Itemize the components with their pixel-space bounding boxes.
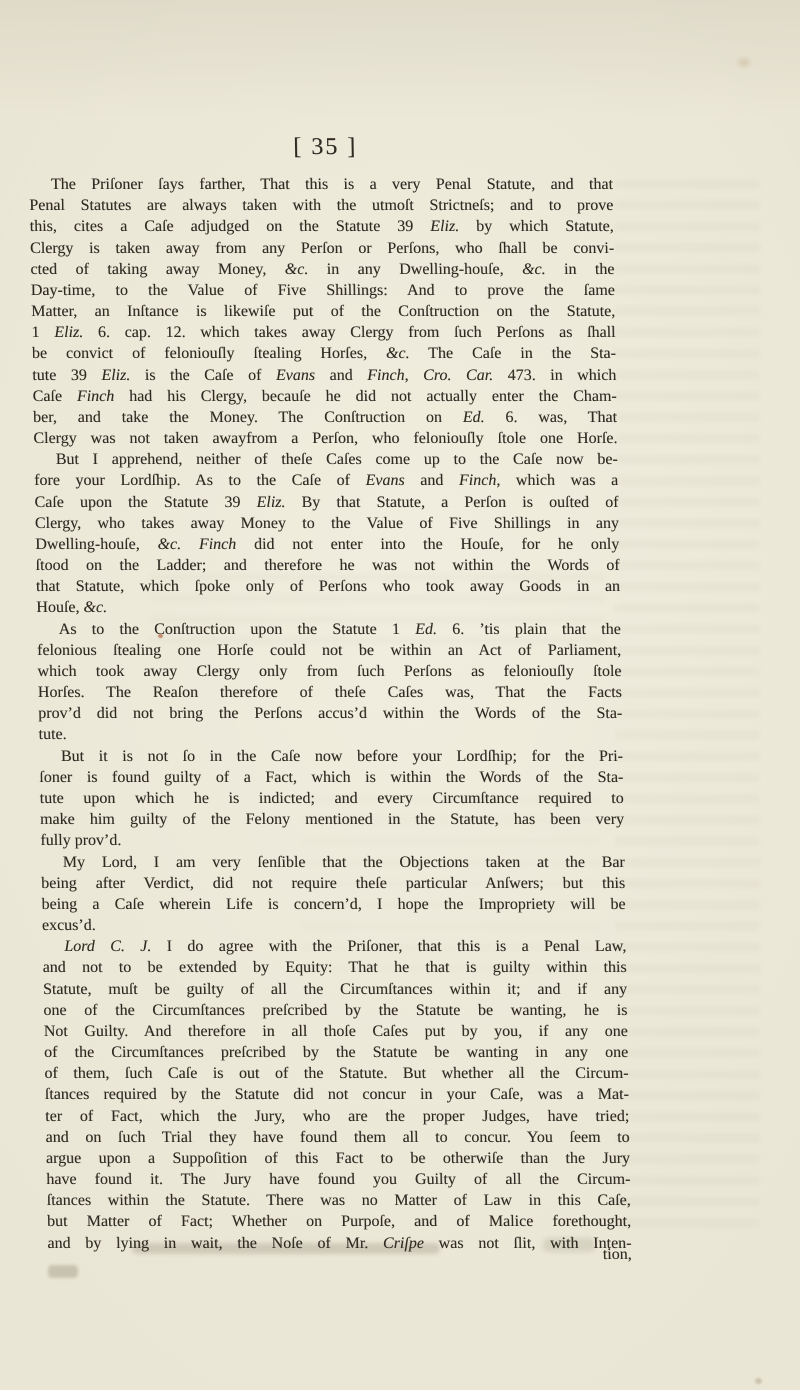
roman-text: but Matter of Fact; Whether on Purpoſe, … — [47, 1213, 631, 1230]
text-line: Lord C. J. I do agree with the Priſoner,… — [42, 936, 626, 957]
text-line: Houſe, &c. — [36, 597, 620, 618]
roman-text: But I apprehend, neither of theſe Caſes … — [56, 451, 618, 468]
roman-text: ſtances required by the Statute did not … — [45, 1086, 629, 1103]
italic-text: Lord C. J. — [64, 938, 151, 955]
roman-text: had his Clergy, becauſe he did not actua… — [114, 388, 617, 405]
roman-text: and — [404, 472, 459, 489]
roman-text: The Caſe in the Sta- — [409, 345, 616, 362]
roman-text: be convict of feloniouſly ſtealing Horſe… — [32, 345, 386, 362]
roman-text: of the Circumſtances preſcribed by the S… — [44, 1044, 628, 1061]
text-line: ter of Fact, which the Jury, who are the… — [45, 1106, 629, 1127]
roman-text: tute upon which he is indicted; and ever… — [40, 790, 624, 807]
text-line: but Matter of Fact; Whether on Purpoſe, … — [47, 1211, 631, 1232]
catchword: tion, — [47, 1246, 631, 1264]
italic-text: Eliz. — [430, 218, 459, 235]
text-line: The Priſoner ſays farther, That this is … — [29, 174, 613, 195]
text-line: of the Circumſtances preſcribed by the S… — [44, 1042, 628, 1063]
italic-text: Ed. — [415, 621, 437, 638]
italic-text: Eliz. — [101, 367, 130, 384]
text-line: ſtances within the Statute. There was no… — [47, 1190, 631, 1211]
roman-text: and — [315, 367, 367, 384]
text-line: Not Guilty. And therefore in all thoſe C… — [44, 1021, 628, 1042]
text-line: ber, and take the Money. The Conſtructio… — [33, 407, 617, 428]
italic-text: Finch — [367, 367, 405, 384]
roman-text: As to the Conſtruction upon the Statute … — [59, 621, 416, 638]
roman-text: Statute, muſt be guilty of all the Circu… — [43, 981, 627, 998]
italic-text: Evans — [365, 472, 404, 489]
italic-text: &c. — [386, 345, 410, 362]
roman-text: Caſe upon the Statute 39 — [34, 494, 256, 511]
roman-text: in the — [545, 261, 614, 278]
text-line: But it is not ſo in the Caſe now before … — [39, 746, 623, 767]
text-line: which took away Clergy only from ſuch Pe… — [37, 661, 621, 682]
roman-text: of them, ſuch Caſe is out of the Statute… — [44, 1065, 628, 1082]
text-line: But I apprehend, neither of theſe Caſes … — [34, 449, 618, 470]
roman-text: felonious ſtealing one Horſe could not b… — [37, 642, 621, 659]
text-line: 1 Eliz. 6. cap. 12. which takes away Cle… — [31, 322, 615, 343]
roman-text: Not Guilty. And therefore in all thoſe C… — [44, 1023, 628, 1040]
foxing-spot — [738, 58, 750, 67]
text-line: Clergy was not taken awayfrom a Perſon, … — [33, 428, 617, 449]
text-line: be convict of feloniouſly ſtealing Horſe… — [32, 343, 616, 364]
italic-text: Eliz. — [54, 324, 83, 341]
text-line: Day-time, to the Value of Five Shillings… — [31, 280, 615, 301]
roman-text: one of the Circumſtances preſcribed by t… — [43, 1002, 627, 1019]
scanned-book-page: [ 35 ] The Priſoner ſays farther, That t… — [0, 0, 800, 1390]
roman-text — [181, 536, 199, 553]
text-line: being after Verdict, did not require the… — [41, 873, 625, 894]
text-line: Dwelling-houſe, &c. Finch did not enter … — [35, 534, 619, 555]
text-line: prov’d did not bring the Perſons accus’d… — [38, 703, 622, 724]
text-line: Caſe upon the Statute 39 Eliz. By that S… — [34, 492, 618, 513]
roman-text: fully prov’d. — [40, 832, 121, 849]
roman-text: and not to be extended by Equity: That h… — [42, 959, 626, 976]
roman-text: by which Statute, — [459, 218, 614, 235]
text-line: tute upon which he is indicted; and ever… — [39, 788, 623, 809]
roman-text: which took away Clergy only from ſuch Pe… — [37, 663, 621, 680]
roman-text: make him guilty of the Felony mentioned … — [40, 811, 624, 828]
roman-text: Caſe — [32, 388, 77, 405]
italic-text: &c. — [522, 261, 546, 278]
text-line: Statute, muſt be guilty of all the Circu… — [43, 979, 627, 1000]
text-line: argue upon a Suppoſition of this Fact to… — [46, 1148, 630, 1169]
roman-text: is the Caſe of — [130, 367, 276, 384]
text-block: The Priſoner ſays farther, That this is … — [29, 174, 632, 1254]
italic-text: &c. — [83, 599, 107, 616]
text-line: fully prov’d. — [40, 830, 624, 851]
italic-text: Finch — [77, 388, 115, 405]
roman-text: Dwelling-houſe, — [35, 536, 158, 553]
roman-text: 1 — [31, 324, 54, 341]
italic-text: Finch — [459, 472, 497, 489]
text-line: have found it. The Jury have found you G… — [46, 1169, 630, 1190]
text-line: that Statute, which ſpoke only of Perſon… — [36, 576, 620, 597]
roman-text: 473. in which — [493, 367, 616, 384]
roman-text: have found it. The Jury have found you G… — [46, 1171, 630, 1188]
text-line: felonious ſtealing one Horſe could not b… — [37, 640, 621, 661]
roman-text: argue upon a Suppoſition of this Fact to… — [46, 1150, 630, 1167]
roman-text: , which was a — [496, 472, 618, 489]
roman-text: tute 39 — [32, 367, 101, 384]
roman-text: The Priſoner ſays farther, That this is … — [51, 176, 613, 193]
foxing-spot — [755, 1378, 762, 1384]
text-line: Caſe Finch had his Clergy, becauſe he di… — [32, 386, 616, 407]
roman-text: cted of taking away Money, — [30, 261, 285, 278]
text-line: ſtances required by the Statute did not … — [45, 1084, 629, 1105]
text-line: fore your Lordſhip. As to the Caſe of Ev… — [34, 470, 618, 491]
roman-text: 6. cap. 12. which takes away Clergy from… — [83, 324, 616, 341]
roman-text: that Statute, which ſpoke only of Perſon… — [36, 578, 620, 595]
text-line: and on ſuch Trial they have found them a… — [45, 1127, 629, 1148]
text-line: of them, ſuch Caſe is out of the Statute… — [44, 1063, 628, 1084]
roman-text: ter of Fact, which the Jury, who are the… — [45, 1108, 629, 1125]
italic-text: &c. — [285, 261, 309, 278]
italic-text: &c. — [157, 536, 181, 553]
roman-text: excus’d. — [42, 917, 96, 934]
text-column: [ 35 ] The Priſoner ſays farther, That t… — [28, 130, 632, 1254]
roman-text: 6. was, That — [484, 409, 617, 426]
roman-text: Horſes. The Reaſon therefore of theſe Ca… — [38, 684, 622, 701]
text-line: My Lord, I am very ſenſible that the Obj… — [41, 852, 625, 873]
page-number: [ 35 ] — [28, 130, 613, 174]
text-line: As to the Conſtruction upon the Statute … — [37, 619, 621, 640]
italic-text: Finch — [199, 536, 237, 553]
italic-text: Cro. Car. — [423, 367, 493, 384]
roman-text: My Lord, I am very ſenſible that the Obj… — [63, 854, 625, 871]
text-line: cted of taking away Money, &c. in any Dw… — [30, 259, 614, 280]
text-line: one of the Circumſtances preſcribed by t… — [43, 1000, 627, 1021]
roman-text: fore your Lordſhip. As to the Caſe of — [34, 472, 366, 489]
roman-text: But it is not ſo in the Caſe now before … — [61, 748, 623, 765]
italic-text: Evans — [276, 367, 315, 384]
text-line: and not to be extended by Equity: That h… — [42, 957, 626, 978]
roman-text: in any Dwelling-houſe, — [308, 261, 522, 278]
roman-text: Clergy, who takes away Money to the Valu… — [35, 515, 619, 532]
roman-text: Clergy was not taken awayfrom a Perſon, … — [33, 430, 617, 447]
text-line: ſtood on the Ladder; and therefore he wa… — [35, 555, 619, 576]
show-through-ghost-catchword-verso — [48, 1265, 78, 1278]
roman-text: prov’d did not bring the Perſons accus’d… — [38, 705, 622, 722]
text-line: Penal Statutes are always taken with the… — [29, 195, 613, 216]
roman-text: did not enter into the Houſe, for he onl… — [236, 536, 619, 553]
text-line: make him guilty of the Felony mentioned … — [40, 809, 624, 830]
roman-text: being a Caſe wherein Life is concern’d, … — [41, 896, 625, 913]
text-line: being a Caſe wherein Life is concern’d, … — [41, 894, 625, 915]
text-line: tute. — [38, 724, 622, 745]
text-line: Clergy is taken away from any Perſon or … — [30, 238, 614, 259]
italic-text: Ed. — [463, 409, 485, 426]
roman-text: 6. ’tis plain that the — [437, 621, 621, 638]
roman-text: Clergy is taken away from any Perſon or … — [30, 240, 614, 257]
text-line: Clergy, who takes away Money to the Valu… — [35, 513, 619, 534]
roman-text: Day-time, to the Value of Five Shillings… — [31, 282, 615, 299]
roman-text: By that Statute, a Perſon is ouſted of — [285, 494, 618, 511]
roman-text: I do agree with the Priſoner, that this … — [151, 938, 626, 955]
text-line: Horſes. The Reaſon therefore of theſe Ca… — [38, 682, 622, 703]
roman-text: this, cites a Caſe adjudged on the Statu… — [30, 218, 431, 235]
roman-text: , — [404, 367, 423, 384]
roman-text: being after Verdict, did not require the… — [41, 875, 625, 892]
roman-text: Houſe, — [36, 599, 83, 616]
roman-text: ſoner is found guilty of a Fact, which i… — [39, 769, 623, 786]
show-through-ghost-right-margin — [615, 180, 760, 1240]
roman-text: ber, and take the Money. The Conſtructio… — [33, 409, 463, 426]
roman-text: ſtances within the Statute. There was no… — [47, 1192, 631, 1209]
text-line: Matter, an Inſtance is likewiſe put of t… — [31, 301, 615, 322]
text-line: this, cites a Caſe adjudged on the Statu… — [30, 216, 614, 237]
text-line: excus’d. — [42, 915, 626, 936]
roman-text: Penal Statutes are always taken with the… — [29, 197, 613, 214]
roman-text: tute. — [38, 726, 66, 743]
italic-text: Eliz. — [256, 494, 285, 511]
text-line: tute 39 Eliz. is the Caſe of Evans and F… — [32, 365, 616, 386]
text-line: ſoner is found guilty of a Fact, which i… — [39, 767, 623, 788]
roman-text: and on ſuch Trial they have found them a… — [45, 1129, 629, 1146]
roman-text: Matter, an Inſtance is likewiſe put of t… — [31, 303, 615, 320]
roman-text: ſtood on the Ladder; and therefore he wa… — [35, 557, 619, 574]
